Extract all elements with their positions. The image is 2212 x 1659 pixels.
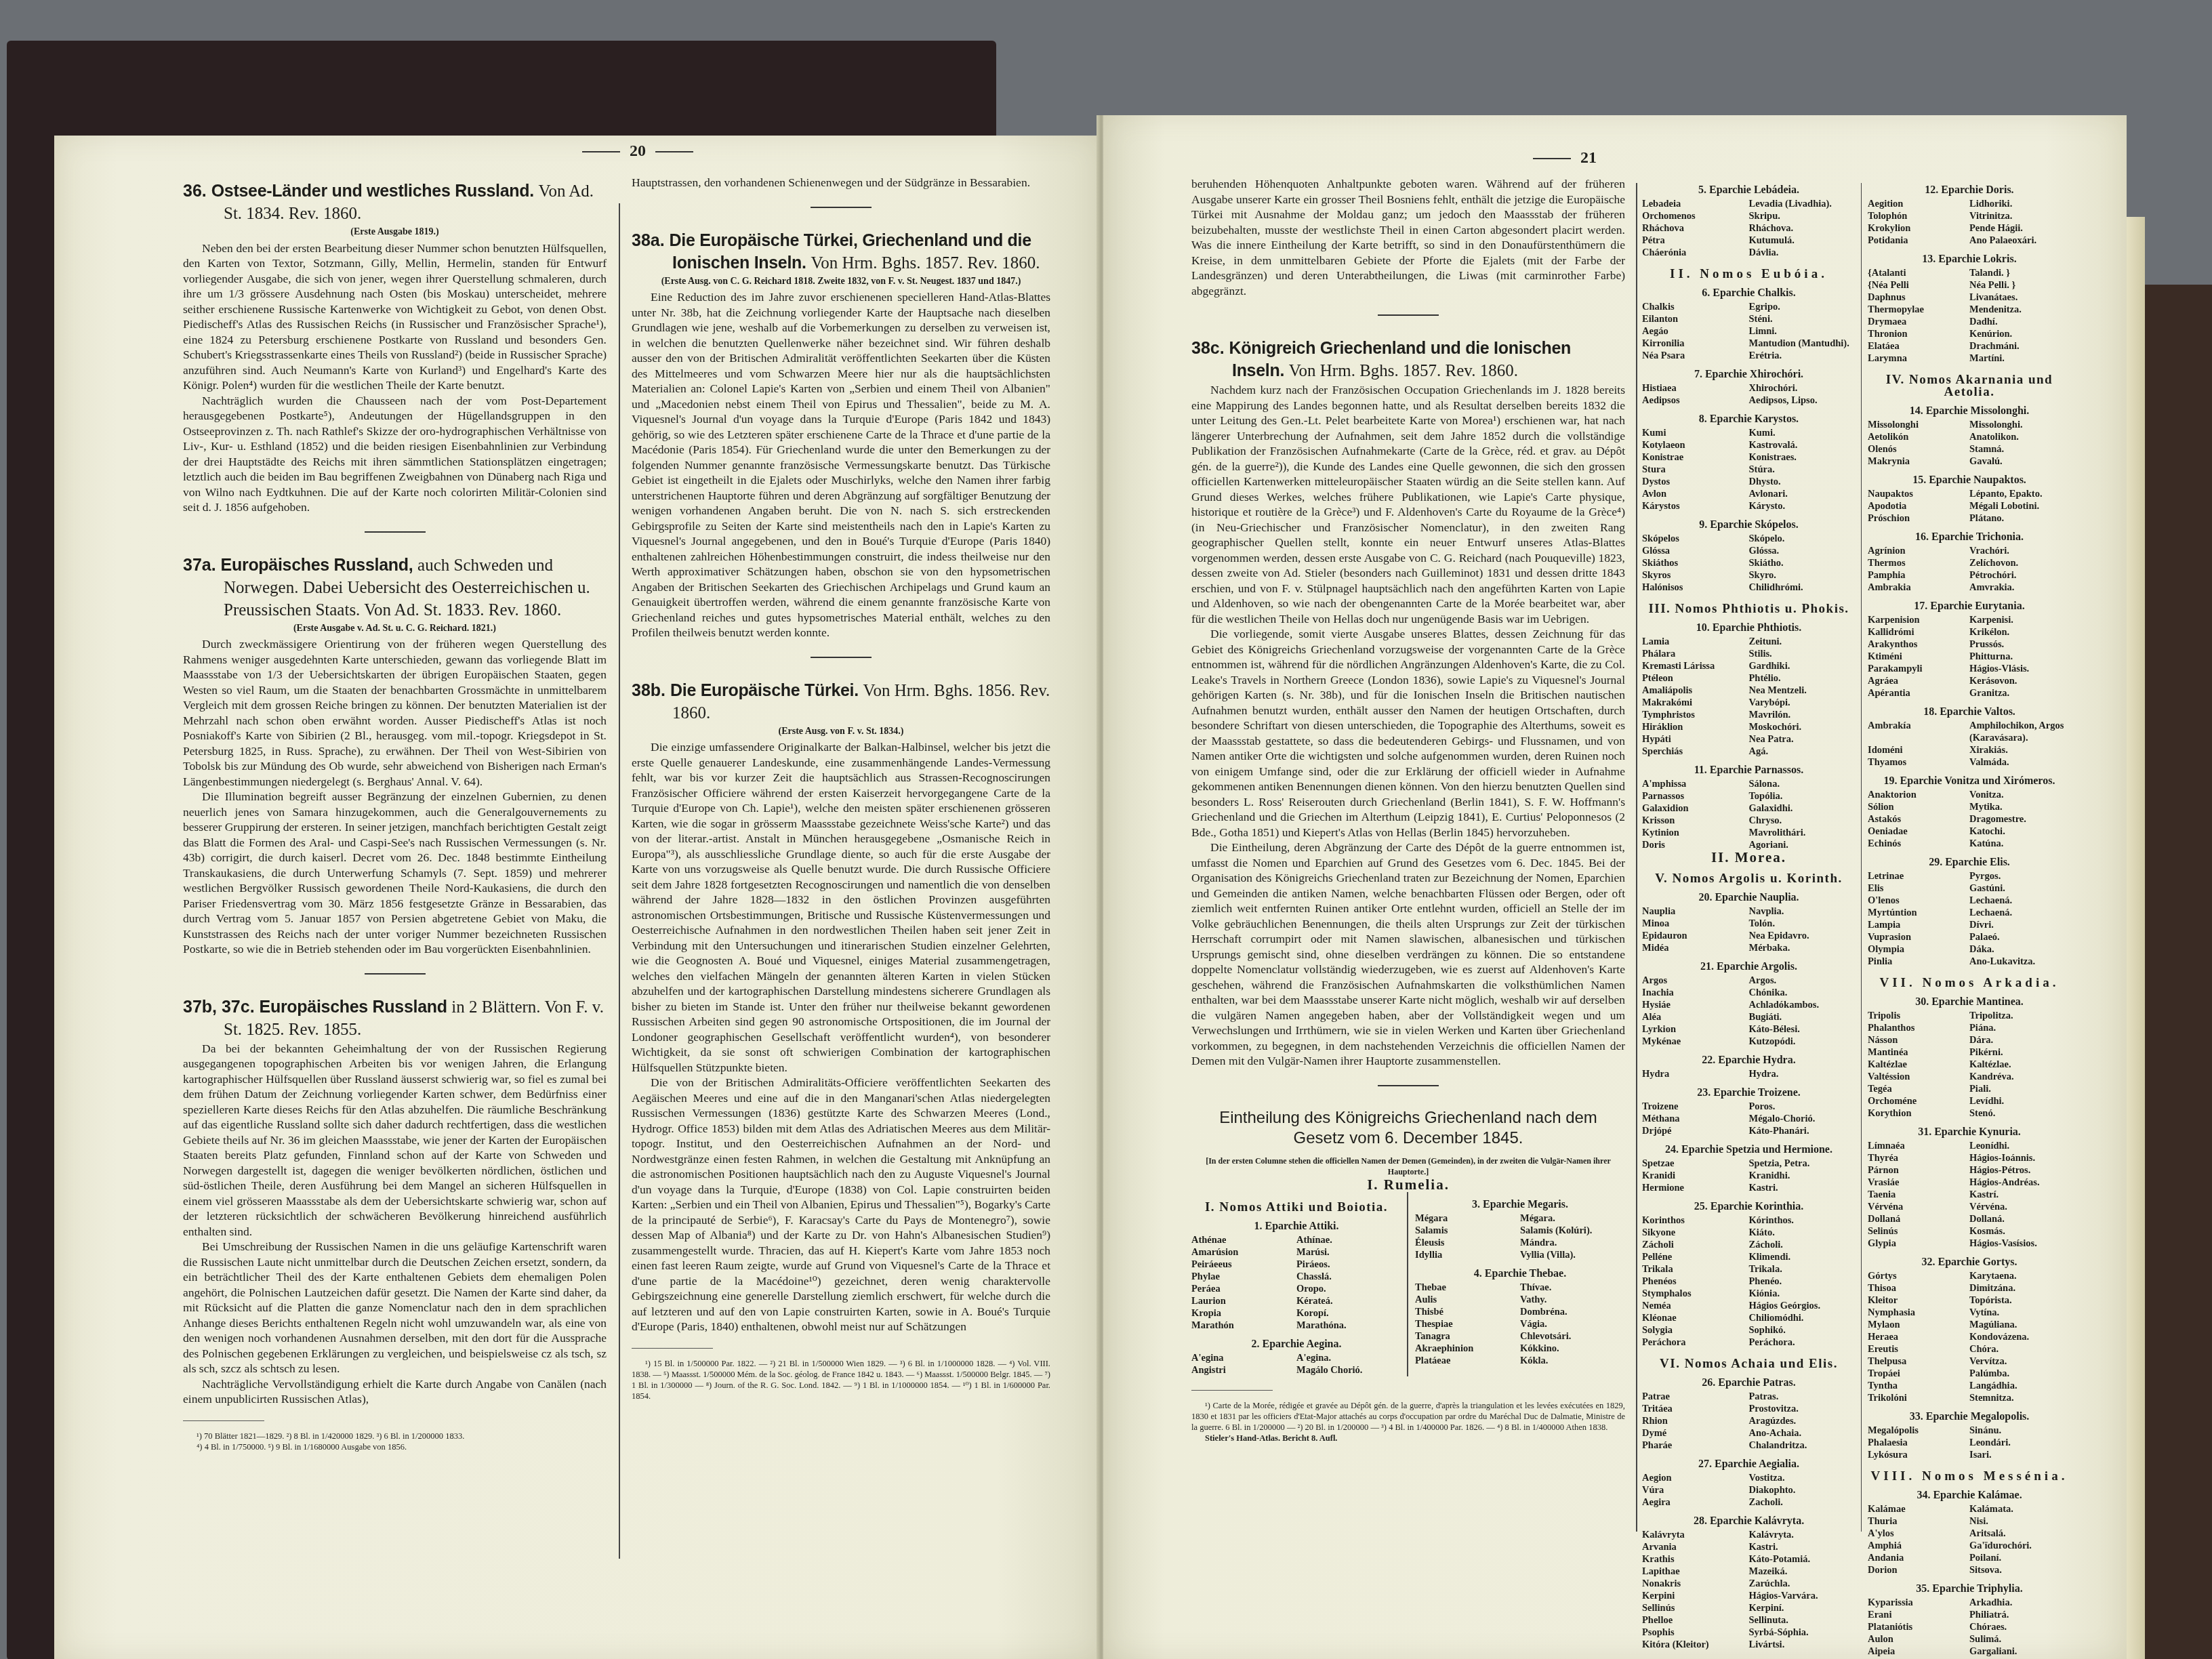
vulgar-name: Chónika.: [1749, 987, 1856, 999]
deme-row: ZácholiZácholi.: [1642, 1239, 1856, 1251]
official-name: Tanagra: [1415, 1330, 1520, 1343]
vulgar-name: Vyllia (Villa).: [1520, 1249, 1625, 1261]
deme-row: KropiaKoropí.: [1191, 1307, 1401, 1319]
vulgar-name: Xirakiás.: [1969, 744, 2071, 756]
deme-row: PtéleonPhtélio.: [1642, 672, 1856, 684]
official-name: Epidauron: [1642, 930, 1749, 942]
vulgar-name: Lépanto, Epakto.: [1969, 488, 2071, 500]
official-name: Sólion: [1868, 801, 1969, 813]
deme-row: PhelloeSellinuta.: [1642, 1614, 1856, 1626]
section-separator: [365, 973, 426, 975]
official-name: Thuria: [1868, 1515, 1969, 1528]
deme-row: A'mphissaSálona.: [1642, 778, 1856, 790]
nomos-heading: IV. Nomos Akarnania und Aetolia.: [1868, 374, 2071, 398]
section-separator: [1378, 314, 1439, 316]
vulgar-name: Nea Patra.: [1749, 733, 1856, 745]
deme-row: KranidiKranidhi.: [1642, 1170, 1856, 1182]
vulgar-name: Zeituni.: [1749, 636, 1856, 648]
official-name: Oeniadae: [1868, 825, 1969, 838]
deme-row: StymphalosKiónia.: [1642, 1288, 1856, 1300]
official-name: Thisoa: [1868, 1282, 1969, 1294]
official-name: Trikala: [1642, 1263, 1749, 1275]
official-name: Aetolikón: [1868, 431, 1969, 443]
footnote-rule: [1191, 1390, 1273, 1391]
vulgar-name: Hágios-Andréas.: [1969, 1176, 2071, 1189]
nomos-heading: V. Nomos Argolis u. Korinth.: [1642, 873, 1856, 885]
official-name: Drjópé: [1642, 1125, 1749, 1137]
deme-row: AndaniaPoilaní.: [1868, 1552, 2071, 1564]
footnote: ¹) Carte de la Morée, rédigée et gravée …: [1191, 1400, 1625, 1433]
vulgar-name: Kastri.: [1749, 1182, 1856, 1194]
deme-row: EilantonSténi.: [1642, 313, 1856, 325]
vulgar-name: Dadhí.: [1969, 316, 2071, 328]
vulgar-name: Zelíchovon.: [1969, 557, 2071, 569]
official-name: Thelpusa: [1868, 1355, 1969, 1368]
vulgar-name: Sulimá.: [1969, 1633, 2071, 1645]
deme-row: TegéaPiali.: [1868, 1083, 2071, 1095]
vulgar-name: Chiliomódhi.: [1749, 1312, 1856, 1324]
vulgar-name: Kenúrion.: [1969, 328, 2071, 340]
eparchie-table-col-2: 12. Eparchie Doris.AegitionLidhoriki.Tol…: [1868, 178, 2071, 1658]
vulgar-name: Trikala.: [1749, 1263, 1856, 1275]
footnote-rule: [183, 1420, 264, 1421]
official-name: Ptéleon: [1642, 672, 1749, 684]
official-name: Kytinion: [1642, 827, 1749, 839]
vulgar-name: Syrbá-Sóphia.: [1749, 1626, 1856, 1639]
nomos-heading: I. Nomos Attiki und Boiotia.: [1191, 1202, 1401, 1214]
official-name: Kaltézlae: [1868, 1059, 1969, 1071]
deme-row: ApodotiaMégali Lobotini.: [1868, 500, 2071, 512]
book-cover-right: [2142, 285, 2212, 1659]
official-name: Laurion: [1191, 1295, 1296, 1307]
official-name: Mylaon: [1868, 1319, 1969, 1331]
official-name: Aulon: [1868, 1633, 1969, 1645]
deme-row: KrokylionPende Hágii.: [1868, 222, 2071, 234]
official-name: Ambrakia: [1868, 581, 1969, 594]
deme-row: TolophónVitrinitza.: [1868, 210, 2071, 222]
vulgar-name: Dívri.: [1969, 919, 2071, 931]
vulgar-name: Lechaená.: [1969, 907, 2071, 919]
official-name: Tegéa: [1868, 1083, 1969, 1095]
nomos-heading: III. Nomos Phthiotis u. Phokis.: [1642, 603, 1856, 615]
vulgar-name: Anatolikon.: [1969, 431, 2071, 443]
deme-row: VúraDiakophto.: [1642, 1484, 1856, 1496]
official-name: Parakampyli: [1868, 663, 1969, 675]
eparchie-heading: 34. Eparchie Kalámae.: [1868, 1490, 2071, 1502]
vulgar-name: Bugiáti.: [1749, 1011, 1856, 1023]
vulgar-name: Magálo Chorió.: [1296, 1364, 1401, 1376]
vulgar-name: Marúsi.: [1296, 1246, 1401, 1258]
official-name: Sellinús: [1642, 1602, 1749, 1614]
vulgar-name: Krikélon.: [1969, 626, 2071, 638]
official-name: Aegition: [1868, 198, 1969, 210]
official-name: Psophis: [1642, 1626, 1749, 1639]
deme-row: MéthanaMégalo-Chorió.: [1642, 1113, 1856, 1125]
deme-row: EpidauronNea Epidavro.: [1642, 930, 1856, 942]
eparchie-heading: 17. Eparchie Eurytania.: [1868, 600, 2071, 613]
deme-row: AmbrakíaAmphilochikon, Argos (Karavásara…: [1868, 720, 2071, 744]
vulgar-name: Kranidhi.: [1749, 1170, 1856, 1182]
section-title: Die Europäische Türkei.: [670, 681, 863, 700]
deme-row: KrathisKáto-Potamiá.: [1642, 1553, 1856, 1565]
vulgar-name: Hágios-Vlásis.: [1969, 663, 2071, 675]
vulgar-name: Chasslá.: [1296, 1271, 1401, 1283]
deme-row: DorionSitsova.: [1868, 1564, 2071, 1576]
official-name: Rháchova: [1642, 222, 1749, 234]
vulgar-name: Aragúzdes.: [1749, 1415, 1856, 1427]
deme-row: ThermopylaeMendenitza.: [1868, 304, 2071, 316]
deme-row: AvlonAvlonari.: [1642, 488, 1856, 500]
deme-row: KárystosKárysto.: [1642, 500, 1856, 512]
deme-row: KrissonChryso.: [1642, 815, 1856, 827]
vulgar-name: Salamis (Kolúri).: [1520, 1225, 1625, 1237]
official-name: Kallidrómi: [1868, 626, 1969, 638]
official-name: Krokylion: [1868, 222, 1969, 234]
body-paragraph: Die Eintheilung, deren Abgränzung der Ca…: [1191, 840, 1625, 1069]
official-name: {Néa Pelli: [1868, 279, 1969, 291]
deme-row: HydraHydra.: [1642, 1068, 1856, 1080]
official-name: Marathón: [1191, 1319, 1296, 1332]
official-name: Kranidi: [1642, 1170, 1749, 1182]
body-paragraph: Durch zweckmässigere Orientirung von der…: [183, 636, 607, 789]
vulgar-name: Athínae.: [1296, 1234, 1401, 1246]
deme-row: KaltézlaeKaltézlae.: [1868, 1059, 2071, 1071]
official-name: Solygia: [1642, 1324, 1749, 1336]
deme-row: KallidrómiKrikélon.: [1868, 626, 2071, 638]
vulgar-name: Leondári.: [1969, 1437, 2071, 1449]
official-name: Aulis: [1415, 1294, 1520, 1306]
official-name: Karpenision: [1868, 614, 1969, 626]
vulgar-name: Aritsalá.: [1969, 1528, 2071, 1540]
deme-row: HeraeaKondovázena.: [1868, 1331, 2071, 1343]
vulgar-name: Topórista.: [1969, 1294, 2071, 1307]
deme-row: TanagraChlevotsári.: [1415, 1330, 1625, 1343]
official-name: Hiráklion: [1642, 721, 1749, 733]
body-paragraph: Die vorliegende, somit vierte Ausgabe un…: [1191, 626, 1625, 840]
eparchie-heading: 21. Eparchie Argolis.: [1642, 961, 1856, 973]
official-name: Lamia: [1642, 636, 1749, 648]
official-name: Cháerónia: [1642, 247, 1749, 259]
official-name: Agrínion: [1868, 545, 1969, 557]
deme-row: PlatáeaeKókla.: [1415, 1355, 1625, 1367]
official-name: Kalávryta: [1642, 1529, 1749, 1541]
nomos-heading: VI. Nomos Achaia und Elis.: [1642, 1358, 1856, 1370]
deme-row: AthénaeAthínae.: [1191, 1234, 1401, 1246]
deme-row: LímnaéaLeonídhi.: [1868, 1140, 2071, 1152]
deme-row: KalávrytaKalávryta.: [1642, 1529, 1856, 1541]
official-name: Lapithae: [1642, 1565, 1749, 1578]
vulgar-name: Chryso.: [1749, 815, 1856, 827]
deme-row: PróschionPlátano.: [1868, 512, 2071, 525]
deme-row: MylaonMagúliana.: [1868, 1319, 2071, 1331]
official-name: Erani: [1868, 1609, 1969, 1621]
deme-row: Néa PsaraErétria.: [1642, 350, 1856, 362]
deme-row: ThyréaHágios-Ioánnis.: [1868, 1152, 2071, 1164]
section-number: 38a.: [632, 231, 670, 250]
table-note: [In der ersten Columne stehen die offici…: [1191, 1155, 1625, 1177]
table-title: Eintheilung des Königreichs Griechenland…: [1191, 1108, 1625, 1149]
official-name: Athénae: [1191, 1234, 1296, 1246]
vulgar-name: Livártsi.: [1749, 1639, 1856, 1651]
vulgar-name: Peráchora.: [1749, 1336, 1856, 1349]
vulgar-name: Pétrochóri.: [1969, 569, 2071, 581]
official-name: Aipeia: [1868, 1645, 1969, 1658]
official-name: Spetzae: [1642, 1158, 1749, 1170]
official-name: Arvania: [1642, 1541, 1749, 1553]
deme-row: NymphasiaVytína.: [1868, 1307, 2071, 1319]
official-name: Tripolis: [1868, 1010, 1969, 1022]
vulgar-name: Egripo.: [1749, 301, 1856, 313]
official-name: Dystos: [1642, 476, 1749, 488]
official-name: Násson: [1868, 1034, 1969, 1046]
deme-row: VuprasionPalaeó.: [1868, 931, 2071, 943]
section-title: Europäisches Russland: [260, 998, 452, 1017]
vulgar-name: Argos.: [1749, 975, 1856, 987]
official-name: Troizene: [1642, 1101, 1749, 1113]
official-name: Thronion: [1868, 328, 1969, 340]
official-name: Amaliápolis: [1642, 684, 1749, 697]
official-name: Minoa: [1642, 918, 1749, 930]
official-name: Phelloe: [1642, 1614, 1749, 1626]
official-name: Hermione: [1642, 1182, 1749, 1194]
vulgar-name: Skiátho.: [1749, 557, 1856, 569]
edition-note: (Erste Ausgabe 1819.): [183, 225, 607, 241]
eparchie-heading: 14. Eparchie Missolonghi.: [1868, 405, 2071, 417]
vulgar-name: Oropo.: [1296, 1283, 1401, 1295]
official-name: Galaxidion: [1642, 802, 1749, 815]
vulgar-name: Kókkino.: [1520, 1343, 1625, 1355]
official-name: Drymaea: [1868, 316, 1969, 328]
official-name: Peráea: [1191, 1283, 1296, 1295]
vulgar-name: Dára.: [1969, 1034, 2071, 1046]
deme-row: AetolikónAnatolikon.: [1868, 431, 2071, 443]
vulgar-name: Patras.: [1749, 1391, 1856, 1403]
eparchie-heading: 9. Eparchie Skópelos.: [1642, 519, 1856, 531]
vulgar-name: Hágios-Ioánnis.: [1969, 1152, 2071, 1164]
deme-row: A'eginaA'egina.: [1191, 1352, 1401, 1364]
vulgar-name: Spetzia, Petra.: [1749, 1158, 1856, 1170]
deme-row: PeráeaOropo.: [1191, 1283, 1401, 1295]
vulgar-name: Tripolitza.: [1969, 1010, 2071, 1022]
vulgar-name: Stilis.: [1749, 648, 1856, 660]
deme-row: HistiaeaXhirochóri.: [1642, 382, 1856, 394]
deme-row: ÉleusisMándra.: [1415, 1237, 1625, 1249]
deme-row: A'ylosAritsalá.: [1868, 1528, 2071, 1540]
eparchie-heading: 30. Eparchie Mantinea.: [1868, 996, 2071, 1008]
section-number: 37b, 37c.: [183, 998, 260, 1017]
vulgar-name: Kaltézlae.: [1969, 1059, 2071, 1071]
vulgar-name: Valmáda.: [1969, 756, 2071, 769]
footnote: ⁴) 4 Bl. in 1/750000. ⁵) 9 Bl. in 1/1680…: [183, 1441, 607, 1452]
vulgar-name: Mazeiká.: [1749, 1565, 1856, 1578]
vulgar-name: Dombréna.: [1520, 1306, 1625, 1318]
vulgar-name: Marathóna.: [1296, 1319, 1401, 1332]
official-name: Salamis: [1415, 1225, 1520, 1237]
vulgar-name: Kalávryta.: [1749, 1529, 1856, 1541]
vulgar-name: Livanátaes.: [1969, 291, 2071, 304]
vulgar-name: Drachmáni.: [1969, 340, 2071, 352]
vulgar-name: Mavrolithári.: [1749, 827, 1856, 839]
official-name: Konistrae: [1642, 451, 1749, 464]
vulgar-name: Palaeó.: [1969, 931, 2071, 943]
deme-row: OeniadaeKatochi.: [1868, 825, 2071, 838]
deme-row: O'lenosLechaená.: [1868, 895, 2071, 907]
vulgar-name: Lechaená.: [1969, 895, 2071, 907]
deme-row: MantinéaPikérni.: [1868, 1046, 2071, 1059]
deme-row: {Néa PelliNéa Pelli. }: [1868, 279, 2071, 291]
deme-row: ArgosArgos.: [1642, 975, 1856, 987]
deme-row: IdylliaVyllia (Villa).: [1415, 1249, 1625, 1261]
deme-row: PlataniótisChóraes.: [1868, 1621, 2071, 1633]
deme-row: MykénaeKutzopódi.: [1642, 1036, 1856, 1048]
deme-row: RháchovaRháchova.: [1642, 222, 1856, 234]
deme-row: ThronionKenúrion.: [1868, 328, 2071, 340]
official-name: Neméa: [1642, 1300, 1749, 1312]
official-name: Agráea: [1868, 675, 1969, 687]
official-name: Halónisos: [1642, 581, 1749, 594]
deme-row: PhenéosPhenéo.: [1642, 1275, 1856, 1288]
vulgar-name: Erétria.: [1749, 350, 1856, 362]
deme-row: GlypiaHágios-Vasísios.: [1868, 1237, 2071, 1250]
vulgar-name: Kastrovalá.: [1749, 439, 1856, 451]
vulgar-name: Isari.: [1969, 1449, 2071, 1461]
deme-row: CháeróniaDávlia.: [1642, 247, 1856, 259]
deme-row: SikyoneKiáto.: [1642, 1227, 1856, 1239]
deme-row: PétraKutumulá.: [1642, 234, 1856, 247]
eparchie-heading: 24. Eparchie Spetzia und Hermione.: [1642, 1144, 1856, 1156]
deme-row: MissolonghiMissolonghi.: [1868, 419, 2071, 431]
official-name: Amarúsion: [1191, 1246, 1296, 1258]
vulgar-name: Vágia.: [1520, 1318, 1625, 1330]
eparchie-heading: 25. Eparchie Korinthia.: [1642, 1201, 1856, 1213]
official-name: Kléonae: [1642, 1312, 1749, 1324]
deme-row: PharáeChalandritza.: [1642, 1439, 1856, 1452]
deme-row: OlenósStamná.: [1868, 443, 2071, 455]
official-name: Pinlia: [1868, 956, 1969, 968]
deme-row: GórtysKarytaena.: [1868, 1270, 2071, 1282]
vulgar-name: Sálona.: [1749, 778, 1856, 790]
deme-row: DrjópéKáto-Phanári.: [1642, 1125, 1856, 1137]
deme-row: LapithaeMazeiká.: [1642, 1565, 1856, 1578]
vulgar-name: Kerpiní.: [1749, 1602, 1856, 1614]
vulgar-name: Ga'ïdurochóri.: [1969, 1540, 2071, 1552]
official-name: Orchoméne: [1868, 1095, 1969, 1107]
vulgar-name: Chlevotsári.: [1520, 1330, 1625, 1343]
vulgar-name: Koropí.: [1296, 1307, 1401, 1319]
official-name: Néa Psara: [1642, 350, 1749, 362]
vulgar-name: Amvrakia.: [1969, 581, 2071, 594]
vulgar-name: Ano-Achaia.: [1749, 1427, 1856, 1439]
deme-row: HermioneKastri.: [1642, 1182, 1856, 1194]
official-name: Valtéssion: [1868, 1071, 1969, 1083]
deme-row: KorythionStenó.: [1868, 1107, 2071, 1120]
deme-row: MakrakómiVarybópi.: [1642, 697, 1856, 709]
official-name: Hysiáe: [1642, 999, 1749, 1011]
vulgar-name: Kutzopódi.: [1749, 1036, 1856, 1048]
section-title: Ostsee-Länder und westliches Russland.: [211, 182, 539, 201]
official-name: Avlon: [1642, 488, 1749, 500]
deme-row: TymphristosMavrilón.: [1642, 709, 1856, 721]
deme-row: AmaliápolisNea Mentzeli.: [1642, 684, 1856, 697]
deme-row: InachiaChónika.: [1642, 987, 1856, 999]
footnote-rule: [632, 1348, 713, 1349]
deme-row: KonistraeKonistraes.: [1642, 451, 1856, 464]
official-name: Nymphasia: [1868, 1307, 1969, 1319]
vulgar-name: Galaxidhi.: [1749, 802, 1856, 815]
deme-row: SturaStúra.: [1642, 464, 1856, 476]
official-name: Dymé: [1642, 1427, 1749, 1439]
eparchie-heading: 29. Eparchie Elis.: [1868, 857, 2071, 869]
deme-row: GlóssaGlóssa.: [1642, 545, 1856, 557]
vulgar-name: Langádhia.: [1969, 1380, 2071, 1392]
deme-row: HiráklionMoskochóri.: [1642, 721, 1856, 733]
deme-row: PhylaeChasslá.: [1191, 1271, 1401, 1283]
official-name: Aléa: [1642, 1011, 1749, 1023]
rumelia-col-a: I. Nomos Attiki und Boiotia.1. Eparchie …: [1191, 1192, 1408, 1376]
official-name: A'mphissa: [1642, 778, 1749, 790]
deme-row: ValtéssionKandréva.: [1868, 1071, 2071, 1083]
deme-row: AmbrakiaAmvrakia.: [1868, 581, 2071, 594]
official-name: Kyparissia: [1868, 1597, 1969, 1609]
deme-row: NonakrisZarúchla.: [1642, 1578, 1856, 1590]
deme-row: NaupaktosLépanto, Epakto.: [1868, 488, 2071, 500]
official-name: Límnaéa: [1868, 1140, 1969, 1152]
deme-row: SpetzaeSpetzia, Petra.: [1642, 1158, 1856, 1170]
official-name: Zácholi: [1642, 1239, 1749, 1251]
official-name: Kropia: [1191, 1307, 1296, 1319]
official-name: Hydra: [1642, 1068, 1749, 1080]
section-title: Europäisches Russland,: [221, 556, 417, 575]
page-number-right: 21: [1523, 149, 1597, 167]
vulgar-name: Navplia.: [1749, 905, 1856, 918]
official-name: Sperchiás: [1642, 745, 1749, 758]
deme-row: TroizenePoros.: [1642, 1101, 1856, 1113]
official-name: Kerpini: [1642, 1590, 1749, 1602]
right-page: 21 beruhenden Höhenquoten Anhaltpunkte g…: [1103, 115, 2127, 1659]
vulgar-name: Chóraes.: [1969, 1621, 2071, 1633]
eparchie-heading: 16. Eparchie Trichonia.: [1868, 531, 2071, 544]
edition-note: (Erste Ausgabe v. Ad. St. u. C. G. Reich…: [183, 621, 607, 637]
continuation-text: Hauptstrassen, den vorhandenen Schienenw…: [632, 175, 1050, 190]
vulgar-name: Kerásovon.: [1969, 675, 2071, 687]
official-name: A'ylos: [1868, 1528, 1969, 1540]
official-name: Thebae: [1415, 1282, 1520, 1294]
vulgar-name: Prostovitza.: [1749, 1403, 1856, 1415]
vulgar-name: Piráeos.: [1296, 1258, 1401, 1271]
deme-row: ParakampyliHágios-Vlásis.: [1868, 663, 2071, 675]
official-name: Dorion: [1868, 1564, 1969, 1576]
official-name: Skiáthos: [1642, 557, 1749, 569]
deme-row: PárnonHágios-Pétros.: [1868, 1164, 2071, 1176]
vulgar-name: Poilaní.: [1969, 1552, 2071, 1564]
vulgar-name: Zarúchla.: [1749, 1578, 1856, 1590]
deme-row: LyrkionKáto-Bélesi.: [1642, 1023, 1856, 1036]
vulgar-name: Vérvéna.: [1969, 1201, 2071, 1213]
official-name: Astakós: [1868, 813, 1969, 825]
vulgar-name: Hágios-Vasísios.: [1969, 1237, 2071, 1250]
deme-row: KléonaeChiliomódhi.: [1642, 1312, 1856, 1324]
official-name: Krisson: [1642, 815, 1749, 827]
deme-row: TritáeaProstovitza.: [1642, 1403, 1856, 1415]
vulgar-name: Agá.: [1749, 745, 1856, 758]
region-heading: I. Rumelia.: [1191, 1177, 1625, 1193]
vulgar-name: Talandi. }: [1969, 267, 2071, 279]
continuation-text: beruhenden Höhenquoten Anhaltpunkte gebo…: [1191, 176, 1625, 298]
official-name: Mantinéa: [1868, 1046, 1969, 1059]
vulgar-name: Piali.: [1969, 1083, 2071, 1095]
section-heading: 38b. Die Europäische Türkei. Von Hrm. Bg…: [632, 680, 1050, 724]
vulgar-name: Sellinuta.: [1749, 1614, 1856, 1626]
